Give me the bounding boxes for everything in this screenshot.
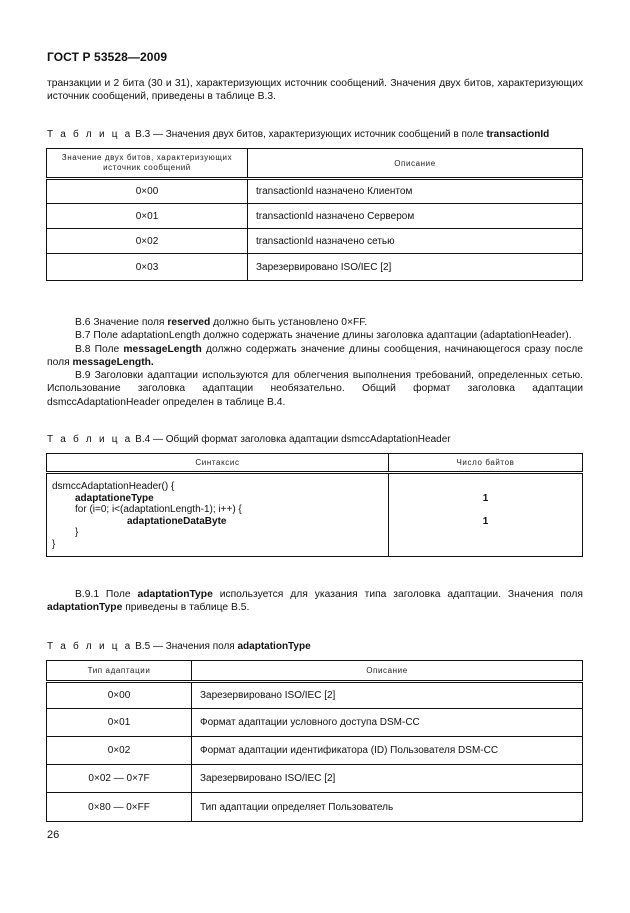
table-row: 0×80 — 0×FF Тип адаптации определяет Пол… bbox=[47, 793, 583, 822]
row-description: Тип адаптации определяет Пользователь bbox=[192, 793, 583, 822]
table-row: 0×00 transactionId назначено Клиентом bbox=[47, 179, 583, 204]
caption-text: В.5 — Значения поля bbox=[132, 641, 237, 652]
table-b5-header-description: Описание bbox=[192, 661, 583, 682]
table-row: 0×00 Зарезервировано ISO/IEC [2] bbox=[47, 682, 583, 709]
table-row: 0×02 Формат адаптации идентификатора (ID… bbox=[47, 737, 583, 765]
table-row: 0×02 transactionId назначено сетью bbox=[47, 229, 583, 254]
row-value: 0×00 bbox=[47, 682, 192, 709]
paragraph-b91: В.9.1 Поле adaptationType используется д… bbox=[47, 588, 583, 615]
row-description: Зарезервировано ISO/IEC [2] bbox=[192, 682, 583, 709]
byte-counts: 1 1 bbox=[389, 473, 583, 557]
row-value: 0×02 bbox=[47, 737, 192, 765]
row-description: transactionId назначено сетью bbox=[248, 229, 583, 254]
row-value: 0×02 — 0×7F bbox=[47, 765, 192, 793]
row-description: Формат адаптации условного доступа DSM-C… bbox=[192, 709, 583, 737]
table-b4-header-syntax: Синтаксис bbox=[47, 454, 389, 473]
table-row: 0×01 Формат адаптации условного доступа … bbox=[47, 709, 583, 737]
table-b3: Значение двух битов, характеризующих ист… bbox=[46, 148, 583, 281]
table-b3-header-description: Описание bbox=[248, 149, 583, 179]
table-row: 0×03 Зарезервировано ISO/IEC [2] bbox=[47, 254, 583, 281]
caption-text: В.3 — Значения двух битов, характеризующ… bbox=[132, 129, 486, 140]
caption-field: transactionId bbox=[486, 129, 549, 140]
row-value: 0×02 bbox=[47, 229, 248, 254]
syntax-code: dsmccAdaptationHeader() { adaptationeTyp… bbox=[47, 473, 389, 557]
table-b3-header-value: Значение двух битов, характеризующих ист… bbox=[47, 149, 248, 179]
caption-prefix: Т а б л и ц а bbox=[47, 641, 132, 652]
row-description: Зарезервировано ISO/IEC [2] bbox=[248, 254, 583, 281]
body-paragraphs: В.6 Значение поля reserved должно быть у… bbox=[47, 316, 583, 409]
paragraph-b7: В.7 Поле adaptationLength должно содержа… bbox=[47, 329, 583, 342]
table-b3-caption: Т а б л и ц а В.3 — Значения двух битов,… bbox=[47, 129, 549, 140]
row-value: 0×00 bbox=[47, 179, 248, 204]
paragraph-b8: В.8 Поле messageLength должно содержать … bbox=[47, 343, 583, 370]
table-b5: Тип адаптации Описание 0×00 Зарезервиров… bbox=[46, 660, 583, 822]
row-value: 0×80 — 0×FF bbox=[47, 793, 192, 822]
caption-text: В.4 — Общий формат заголовка адаптации d… bbox=[132, 434, 450, 445]
document-header: ГОСТ Р 53528—2009 bbox=[47, 50, 167, 64]
table-b5-caption: Т а б л и ц а В.5 — Значения поля adapta… bbox=[47, 641, 311, 652]
table-row: 0×01 transactionId назначено Сервером bbox=[47, 204, 583, 229]
table-b4: Синтаксис Число байтов dsmccAdaptationHe… bbox=[46, 453, 583, 557]
table-row: 0×02 — 0×7F Зарезервировано ISO/IEC [2] bbox=[47, 765, 583, 793]
row-description: transactionId назначено Клиентом bbox=[248, 179, 583, 204]
caption-prefix: Т а б л и ц а bbox=[47, 129, 132, 140]
row-value: 0×01 bbox=[47, 709, 192, 737]
paragraph-b6: В.6 Значение поля reserved должно быть у… bbox=[47, 316, 583, 329]
paragraph-b9: В.9 Заголовки адаптации используются для… bbox=[47, 369, 583, 409]
row-description: transactionId назначено Сервером bbox=[248, 204, 583, 229]
caption-prefix: Т а б л и ц а bbox=[47, 434, 132, 445]
table-b4-header-bytes: Число байтов bbox=[389, 454, 583, 473]
caption-field: adaptationType bbox=[238, 641, 311, 652]
page-number: 26 bbox=[47, 829, 59, 841]
table-b4-caption: Т а б л и ц а В.4 — Общий формат заголов… bbox=[47, 434, 451, 445]
table-b5-header-type: Тип адаптации bbox=[47, 661, 192, 682]
row-description: Зарезервировано ISO/IEC [2] bbox=[192, 765, 583, 793]
row-value: 0×03 bbox=[47, 254, 248, 281]
intro-paragraph: транзакции и 2 бита (30 и 31), характери… bbox=[47, 77, 583, 104]
row-description: Формат адаптации идентификатора (ID) Пол… bbox=[192, 737, 583, 765]
row-value: 0×01 bbox=[47, 204, 248, 229]
